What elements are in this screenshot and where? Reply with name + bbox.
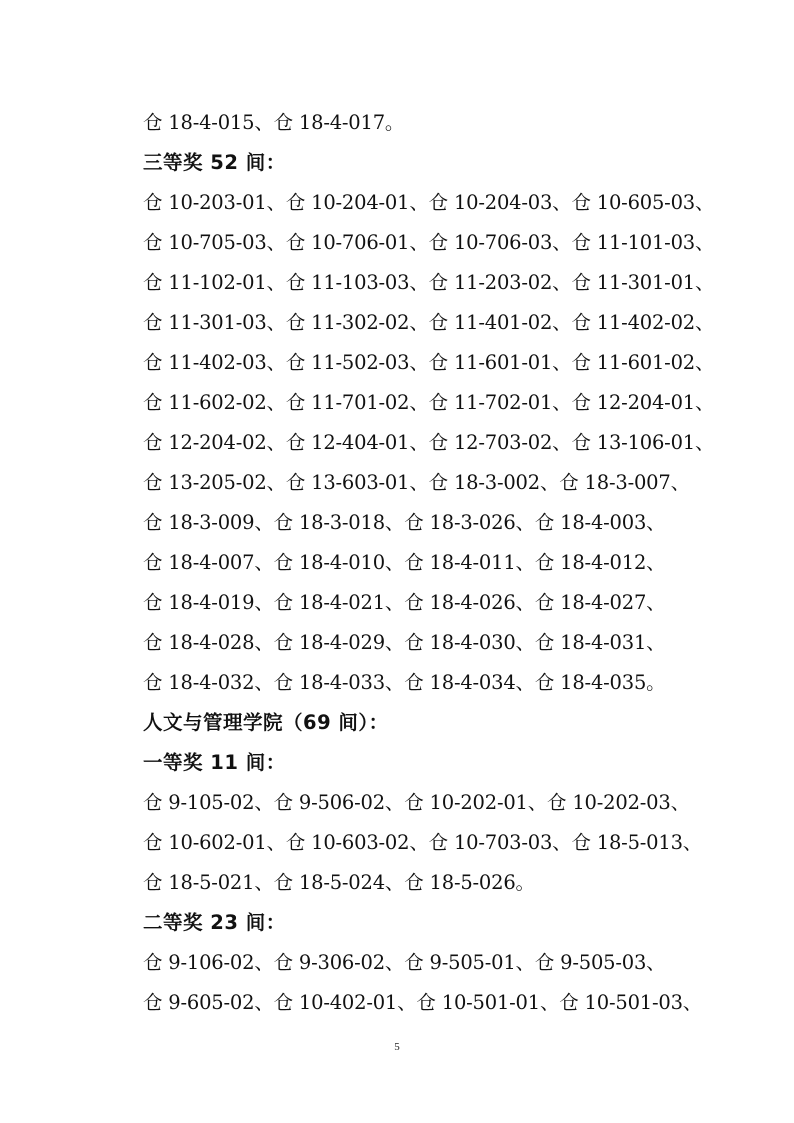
room-list-line: 仓 11-402-03、仓 11-502-03、仓 11-601-01、仓 11… (143, 343, 723, 383)
page-number: 5 (0, 1041, 794, 1053)
award-heading-third-prize: 三等奖 52 间： (143, 143, 723, 183)
award-heading-second-prize: 二等奖 23 间： (143, 903, 723, 943)
room-list-line: 仓 18-4-028、仓 18-4-029、仓 18-4-030、仓 18-4-… (143, 623, 723, 663)
room-list-line: 仓 10-602-01、仓 10-603-02、仓 10-703-03、仓 18… (143, 823, 723, 863)
room-list-line: 仓 18-4-032、仓 18-4-033、仓 18-4-034、仓 18-4-… (143, 663, 723, 703)
room-list-line: 仓 12-204-02、仓 12-404-01、仓 12-703-02、仓 13… (143, 423, 723, 463)
room-list-line: 仓 18-4-007、仓 18-4-010、仓 18-4-011、仓 18-4-… (143, 543, 723, 583)
document-body: 仓 18-4-015、仓 18-4-017。 三等奖 52 间： 仓 10-20… (143, 103, 723, 1023)
document-page: 仓 18-4-015、仓 18-4-017。 三等奖 52 间： 仓 10-20… (0, 0, 794, 1123)
room-list-line: 仓 10-705-03、仓 10-706-01、仓 10-706-03、仓 11… (143, 223, 723, 263)
room-list-line: 仓 9-605-02、仓 10-402-01、仓 10-501-01、仓 10-… (143, 983, 723, 1023)
room-list-line: 仓 18-5-021、仓 18-5-024、仓 18-5-026。 (143, 863, 723, 903)
college-heading: 人文与管理学院（69 间）： (143, 703, 723, 743)
room-list-line: 仓 9-105-02、仓 9-506-02、仓 10-202-01、仓 10-2… (143, 783, 723, 823)
award-heading-first-prize: 一等奖 11 间： (143, 743, 723, 783)
room-list-line: 仓 18-3-009、仓 18-3-018、仓 18-3-026、仓 18-4-… (143, 503, 723, 543)
room-list-line: 仓 18-4-015、仓 18-4-017。 (143, 103, 723, 143)
room-list-line: 仓 11-301-03、仓 11-302-02、仓 11-401-02、仓 11… (143, 303, 723, 343)
room-list-line: 仓 13-205-02、仓 13-603-01、仓 18-3-002、仓 18-… (143, 463, 723, 503)
room-list-line: 仓 9-106-02、仓 9-306-02、仓 9-505-01、仓 9-505… (143, 943, 723, 983)
room-list-line: 仓 18-4-019、仓 18-4-021、仓 18-4-026、仓 18-4-… (143, 583, 723, 623)
room-list-line: 仓 11-102-01、仓 11-103-03、仓 11-203-02、仓 11… (143, 263, 723, 303)
room-list-line: 仓 11-602-02、仓 11-701-02、仓 11-702-01、仓 12… (143, 383, 723, 423)
room-list-line: 仓 10-203-01、仓 10-204-01、仓 10-204-03、仓 10… (143, 183, 723, 223)
